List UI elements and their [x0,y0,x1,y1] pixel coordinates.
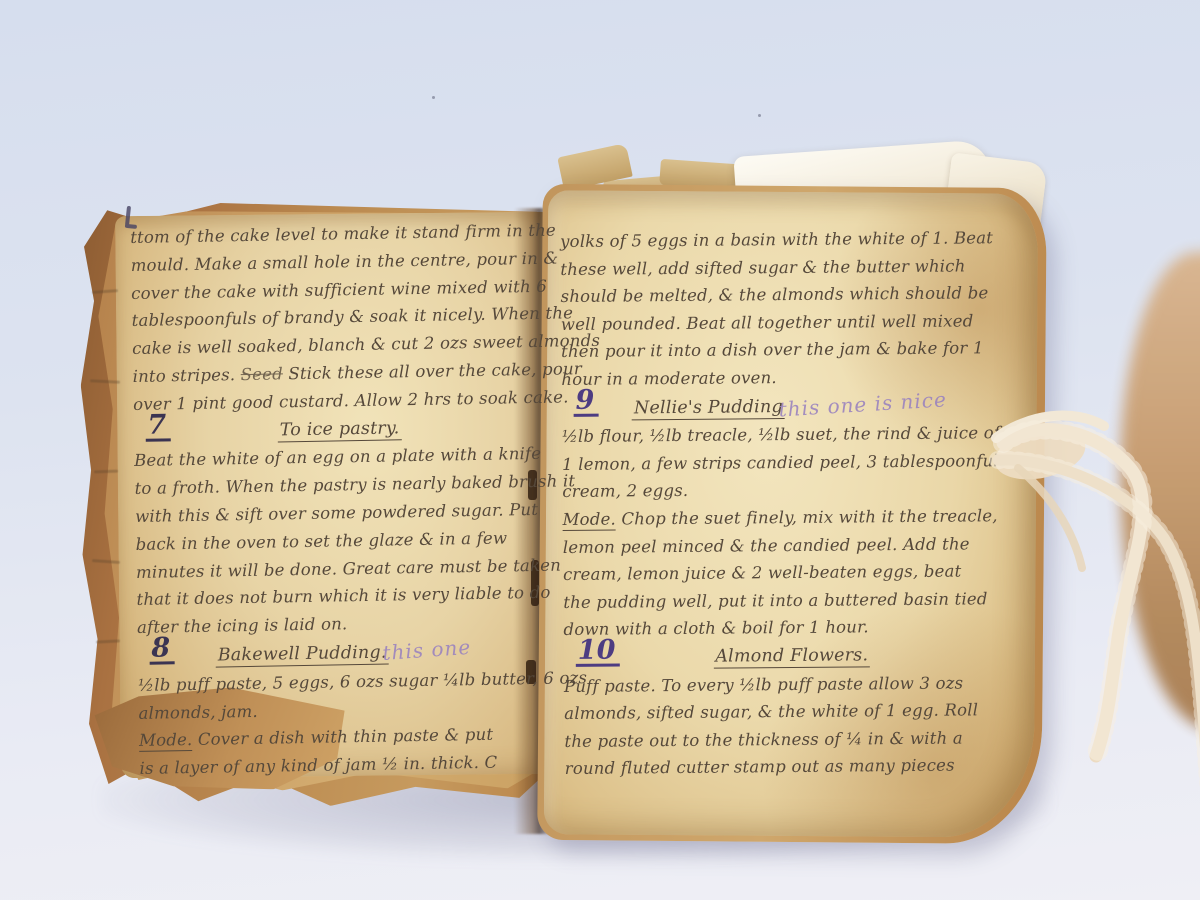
left-page-text: ttom of the cake level to make it stand … [130,217,552,783]
pencil-annotation: this one [382,634,472,668]
handwritten-line: then pour it into a dish over the jam & … [561,334,1017,366]
text-segment: Stick these all over the cake, pour [283,359,582,383]
underlined-word: Mode. [562,509,616,530]
dust-speck [758,114,761,117]
handwritten-line: ½lb flour, ½lb treacle, ½lb suet, the ri… [562,419,1018,451]
handwritten-line: hour in a moderate oven. [561,362,1017,394]
handwritten-line: these well, add sifted sugar & the butte… [560,252,1016,284]
text-segment: Chop the suet finely, mix with it the tr… [616,506,998,528]
handwritten-line: round fluted cutter stamp out as many pi… [565,751,1021,783]
recipe-title: Bakewell Pudding. [216,643,389,668]
handwritten-line: lemon peel minced & the candied peel. Ad… [563,530,1019,562]
dust-speck [432,96,435,99]
fabric-tie-strands [978,398,1200,838]
handwritten-line: 1 lemon, a few strips candied peel, 3 ta… [562,447,1018,479]
handwritten-line: down with a cloth & boil for 1 hour. [563,612,1019,644]
struck-out-word: Seed [241,364,284,384]
recipe-title: Nellie's Pudding [632,397,785,420]
handwritten-line: cream, 2 eggs. [562,474,1018,506]
text-segment: Cover a dish with thin paste & put [192,725,493,749]
recipe-heading: 10Almond Flowers. [564,640,1020,673]
handwritten-line: should be melted, & the almonds which sh… [560,279,1016,311]
frayed-fabric-tie [978,398,1200,838]
recipe-title: Almond Flowers. [713,645,870,668]
right-page-text: yolks of 5 eggs in a basin with the whit… [560,224,1021,783]
handwritten-line: cream, lemon juice & 2 well-beaten eggs,… [563,557,1019,589]
handwritten-line: the paste out to the thickness of ¼ in &… [564,724,1020,756]
recipe-number: 7 [145,411,171,441]
recipe-number: 8 [149,634,175,664]
photograph-of-open-recipe-book: ttom of the cake level to make it stand … [0,0,1200,900]
handwritten-line: almonds, sifted sugar, & the white of 1 … [564,696,1020,728]
text-segment: into stripes. [132,365,240,386]
underlined-word: Mode. [139,730,193,752]
pencil-annotation: this one is nice [778,386,948,424]
handwritten-line: well pounded. Beat all together until we… [561,307,1017,339]
handwritten-line: the pudding well, put it into a buttered… [563,585,1019,617]
handwritten-line: yolks of 5 eggs in a basin with the whit… [560,224,1016,256]
recipe-number: 10 [576,636,620,666]
recipe-number: 9 [573,386,598,416]
recipe-title: To ice pastry. [278,418,402,442]
recipe-heading: 9Nellie's Puddingthis one is nice [561,390,1017,424]
handwritten-line: Puff paste. To every ½lb puff paste allo… [564,669,1020,701]
handwritten-line: Mode. Chop the suet finely, mix with it … [562,502,1018,534]
